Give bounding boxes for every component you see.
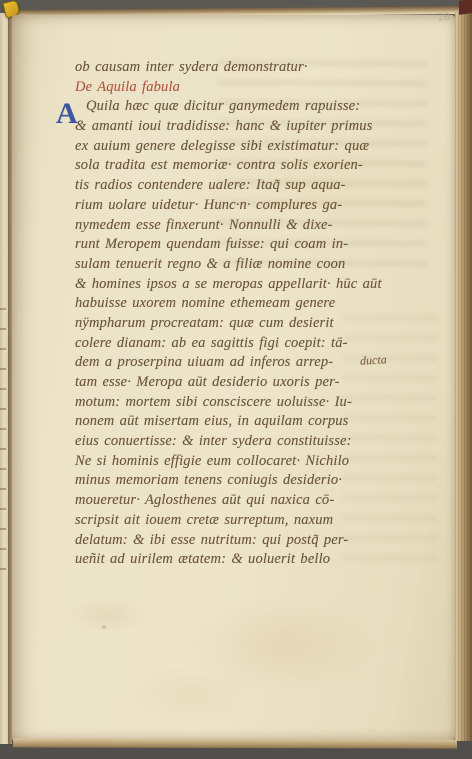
text-line: tam esse· Meropa aūt desiderio uxoris pe… — [75, 373, 377, 393]
facing-page-sliver — [0, 13, 8, 744]
text-line: sola tradita est memoriæ· contra solis e… — [75, 156, 377, 176]
text-line: habuisse uxorem nomine ethemeam genere — [75, 294, 377, 314]
text-line: Ne si hominis effigie eum collocaret· Ni… — [75, 452, 377, 472]
manuscript-photo: 28 A ob causam inter sydera demonstratur… — [0, 0, 472, 759]
text-line: eius conuertisse: & inter sydera constit… — [75, 432, 377, 452]
rubric-heading: De Aquila fabula — [75, 78, 377, 98]
margin-note: ducta — [360, 352, 387, 368]
text-line: & homines ipsos a se meropas appellarit·… — [75, 275, 377, 295]
text-line: nymedem esse finxerunt· Nonnulli & dixe- — [75, 216, 377, 236]
text-line: colere dianam: ab ea sagittis figi coepi… — [75, 334, 377, 354]
text-line: ob causam inter sydera demonstratur· — [75, 58, 377, 78]
text-line: runt Meropem quendam fuisse: qui coam in… — [75, 235, 377, 255]
folio-number: 28 — [438, 11, 450, 23]
text-line: sulam tenuerit regno & a filiæ nomine co… — [75, 255, 377, 275]
text-line: nÿmpharum procreatam: quæ cum desierit — [75, 314, 377, 334]
text-line: Quila hæc quæ dicitur ganymedem rapuisse… — [86, 97, 377, 117]
facing-page-text-edge — [0, 308, 6, 583]
text-line: dem a proserpina uiuam ad inferos arrep- — [75, 353, 377, 373]
text-line: scripsit ait iouem cretæ surreptum, naxu… — [75, 511, 377, 531]
text-line: delatum: & ibi esse nutritum: qui postq̃… — [75, 531, 377, 551]
fore-edge-page-stack — [455, 12, 472, 741]
text-line: ex auium genere delegisse sibi existimat… — [75, 137, 377, 157]
text-line: & amanti ioui tradidisse: hanc & iupiter… — [75, 117, 377, 137]
text-line: tis radios contendere ualere: Itaq̃ sup … — [75, 176, 377, 196]
text-block: ob causam inter sydera demonstratur·De A… — [75, 58, 377, 570]
cover-corner — [459, 0, 472, 15]
text-line: minus memoriam tenens coniugis desiderio… — [75, 471, 377, 491]
text-line: motum: mortem sibi consciscere uoluisse·… — [75, 393, 377, 413]
text-line: ueñit ad uirilem ætatem: & uoluerit bell… — [75, 550, 377, 570]
text-line: rium uolare uidetur· Hunc·n· complures g… — [75, 196, 377, 216]
text-line: moueretur· Aglosthenes aūt qui naxica cō… — [75, 491, 377, 511]
manuscript-page: 28 A ob causam inter sydera demonstratur… — [12, 15, 455, 740]
text-line: nonem aūt misertam eius, in aquilam corp… — [75, 412, 377, 432]
book-bottom-edge — [13, 738, 457, 748]
